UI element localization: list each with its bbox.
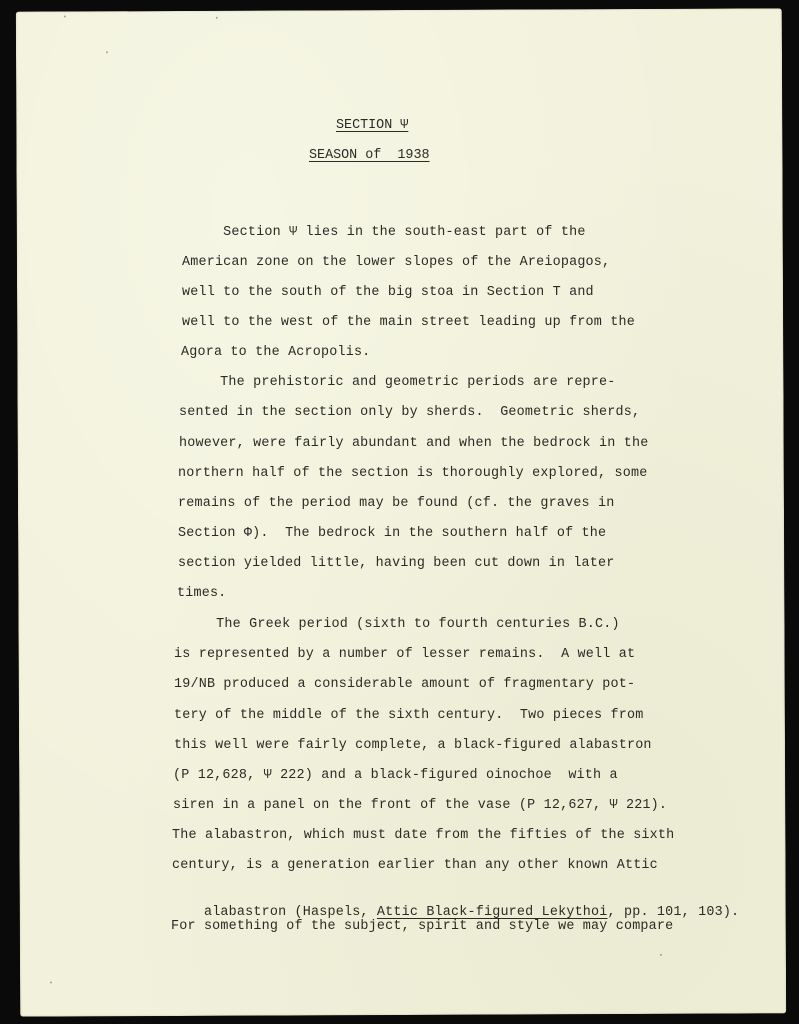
text-line: is represented by a number of lesser rem…: [174, 647, 635, 663]
text-line: this well were fairly complete, a black-…: [174, 738, 652, 754]
text-line: Section Ψ lies in the south-east part of…: [182, 225, 586, 241]
paper-speck: [64, 15, 66, 17]
text-line: (P 12,628, Ψ 222) and a black-figured oi…: [173, 768, 618, 784]
paper-speck: [50, 982, 52, 984]
text-line: remains of the period may be found (cf. …: [178, 496, 615, 512]
book-title: Attic Black-figured Lekythoi: [377, 905, 608, 920]
section-heading: SECTION Ψ: [336, 118, 408, 133]
text-line: well to the south of the big stoa in Sec…: [182, 285, 594, 301]
text-line: well to the west of the main street lead…: [182, 315, 635, 331]
paper-speck: [660, 954, 662, 956]
text-line: northern half of the section is thorough…: [178, 466, 647, 482]
text-line: century, is a generation earlier than an…: [172, 858, 658, 874]
citation-prefix: alabastron (Haspels,: [204, 905, 377, 920]
text-line: however, were fairly abundant and when t…: [179, 436, 648, 452]
text-line: The Greek period (sixth to fourth centur…: [175, 617, 620, 633]
text-line: tery of the middle of the sixth century.…: [174, 708, 643, 724]
citation-suffix: , pp. 101, 103).: [608, 905, 740, 920]
text-line: Agora to the Acropolis.: [181, 345, 370, 361]
text-line: siren in a panel on the front of the vas…: [173, 798, 667, 814]
season-heading: SEASON of 1938: [309, 148, 430, 163]
text-line: 19/NB produced a considerable amount of …: [174, 677, 635, 693]
text-line: Section Φ). The bedrock in the southern …: [178, 526, 606, 542]
text-line: sented in the section only by sherds. Ge…: [179, 405, 640, 421]
paper-speck: [216, 17, 218, 19]
text-line: The prehistoric and geometric periods ar…: [179, 375, 616, 391]
text-line: The alabastron, which must date from the…: [172, 828, 674, 844]
paper-speck: [106, 51, 108, 53]
text-line: section yielded little, having been cut …: [178, 556, 615, 572]
text-line: For something of the subject, spirit and…: [171, 919, 673, 935]
text-line: American zone on the lower slopes of the…: [182, 255, 610, 271]
text-line: times.: [177, 586, 226, 602]
